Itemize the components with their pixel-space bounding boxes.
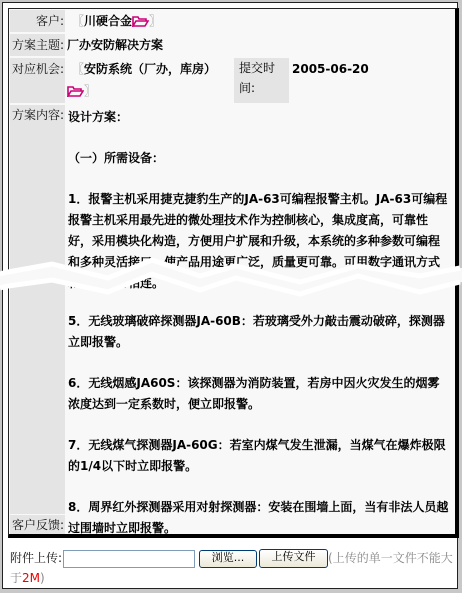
upload-file-button[interactable]: 上传文件 <box>259 549 328 568</box>
customer-row: 客户: 〖川硬合金〗 <box>9 9 455 32</box>
content-paragraph: （一）所需设备： <box>68 148 449 169</box>
submit-time-label: 提交时间: <box>234 58 289 103</box>
open-bracket: 〖 <box>72 62 84 76</box>
opportunity-link[interactable]: 安防系统（厂办，库房） <box>84 62 216 76</box>
attachment-upload: 附件上传:浏览...上传文件(上传的单一文件不能大于2M) <box>10 548 455 588</box>
open-folder-icon[interactable] <box>132 10 149 32</box>
subject-value: 厂办安防解决方案 <box>67 34 455 56</box>
open-folder-icon[interactable] <box>67 80 84 102</box>
opportunity-label: 对应机会: <box>10 58 65 103</box>
customer-label: 客户: <box>10 10 65 32</box>
customer-link[interactable]: 川硬合金 <box>84 14 132 28</box>
close-bracket: 〗 <box>149 14 161 28</box>
feedback-row: 客户反馈: <box>9 515 455 535</box>
content-value: 设计方案： （一）所需设备： 1．报警主机采用捷克捷豹生产的JA-63可编程报警… <box>68 107 449 294</box>
opportunity-row: 对应机会: 〖安防系统（厂办，库房） 〗 提交时间: 2005-06-20 <box>9 57 455 103</box>
content-row: 方案内容: 设计方案： （一）所需设备： 1．报警主机采用捷克捷豹生产的JA-6… <box>9 104 455 514</box>
content-paragraph: 6．无线烟感JA60S：该探测器为消防装置，若房中因火灾发生的烟雾浓度达到一定系… <box>68 373 449 415</box>
content-paragraph: 5．无线玻璃破碎探测器JA-60B：若玻璃受外力敲击震动破碎，探测器立即报警。 <box>68 311 449 353</box>
customer-value: 〖川硬合金〗 <box>72 10 455 32</box>
note-suffix: ) <box>40 571 45 585</box>
size-limit: 2M <box>22 571 40 585</box>
proposal-details-table: 客户: 〖川硬合金〗 方案主题: 厂办安防解决方案 对应机会: 〖安防系统（厂办… <box>8 8 459 538</box>
subject-label: 方案主题: <box>10 34 65 56</box>
page: 客户: 〖川硬合金〗 方案主题: 厂办安防解决方案 对应机会: 〖安防系统（厂办… <box>2 2 458 589</box>
file-path-input[interactable] <box>63 550 195 568</box>
content-paragraph: 1．报警主机采用捷克捷豹生产的JA-63可编程报警主机。JA-63可编程报警主机… <box>68 189 449 294</box>
submit-time-value: 2005-06-20 <box>292 58 455 80</box>
open-bracket: 〖 <box>72 14 84 28</box>
opportunity-value: 〖安防系统（厂办，库房） 〗 <box>72 58 230 102</box>
upload-label: 附件上传: <box>10 551 62 565</box>
content-label: 方案内容: <box>10 105 65 514</box>
subject-row: 方案主题: 厂办安防解决方案 <box>9 33 455 56</box>
content-value-continued: 5．无线玻璃破碎探测器JA-60B：若玻璃受外力敲击震动破碎，探测器立即报警。 … <box>68 311 449 538</box>
content-paragraph: 7．无线煤气探测器JA-60G：若室内煤气发生泄漏，当煤气在爆炸极限的1/4以下… <box>68 435 449 477</box>
browse-button[interactable]: 浏览... <box>199 550 257 568</box>
close-bracket: 〗 <box>84 84 96 98</box>
feedback-label: 客户反馈: <box>10 515 65 535</box>
content-paragraph: 设计方案： <box>68 107 449 128</box>
